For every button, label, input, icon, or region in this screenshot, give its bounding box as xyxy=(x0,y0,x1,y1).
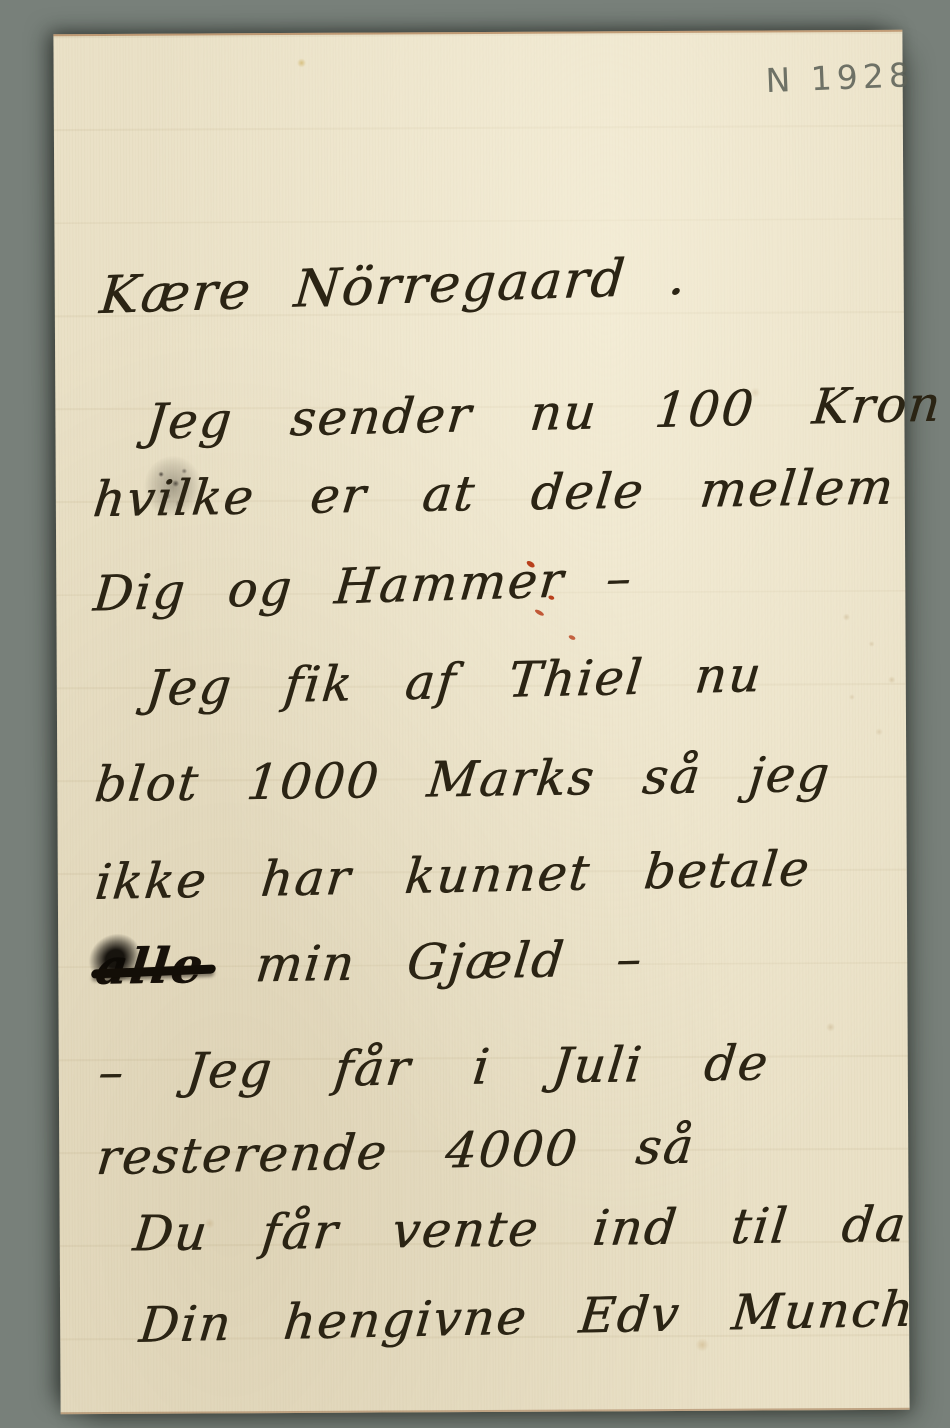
letter-line: Du får vente ind til da xyxy=(130,1193,910,1266)
letter-line: – Jeg får i Juli de xyxy=(95,1032,772,1105)
letter-line-signature: Din hengivne Edv Munch xyxy=(136,1278,918,1358)
letter-line: Jeg sender nu 100 Kron xyxy=(143,373,944,455)
letter-line: resterende 4000 så xyxy=(93,1115,697,1190)
letter-line-text: Dig og Hammer – xyxy=(91,550,635,623)
letter-line-text: Jeg sender nu 100 Kron xyxy=(144,376,945,451)
photo-background: N 1928 Kære Nörregaard . Jeg sender nu 1… xyxy=(0,0,950,1428)
letter-line-text: min Gjæld – xyxy=(253,930,646,993)
letter-line-with-strikethrough: alle min Gjæld – xyxy=(92,926,646,1000)
archive-number-pencil-mark: N 1928 xyxy=(765,55,916,100)
letter-line: Jeg fik af Thiel nu xyxy=(143,643,765,721)
struck-out-word: alle xyxy=(93,936,207,996)
letter-line-text: Du får vente ind til da xyxy=(130,1196,910,1262)
letter-line-text: hvilke er at dele mellem xyxy=(90,459,897,529)
letter-line: Dig og Hammer – xyxy=(91,547,636,627)
letter-paper: N 1928 Kære Nörregaard . Jeg sender nu 1… xyxy=(53,30,909,1414)
letter-line-text: – Jeg får i Juli de xyxy=(95,1035,772,1101)
letter-line-text: blot 1000 Marks så jeg xyxy=(92,746,834,813)
letter-line: blot 1000 Marks så jeg xyxy=(91,743,833,817)
letter-line-text: Kære Nörregaard . xyxy=(97,247,690,326)
letter-line: ikke har kunnet betale xyxy=(92,837,814,915)
letter-line-text: Jeg fik af Thiel nu xyxy=(143,646,765,717)
letter-line-text: resterende 4000 så xyxy=(94,1118,698,1186)
signature-text: Din hengivne Edv Munch xyxy=(137,1281,918,1354)
letter-line-text: ikke har kunnet betale xyxy=(92,840,813,911)
red-ink-speck xyxy=(568,634,576,641)
letter-line-salutation: Kære Nörregaard . xyxy=(97,245,690,328)
letter-line: hvilke er at dele mellem xyxy=(90,456,898,533)
